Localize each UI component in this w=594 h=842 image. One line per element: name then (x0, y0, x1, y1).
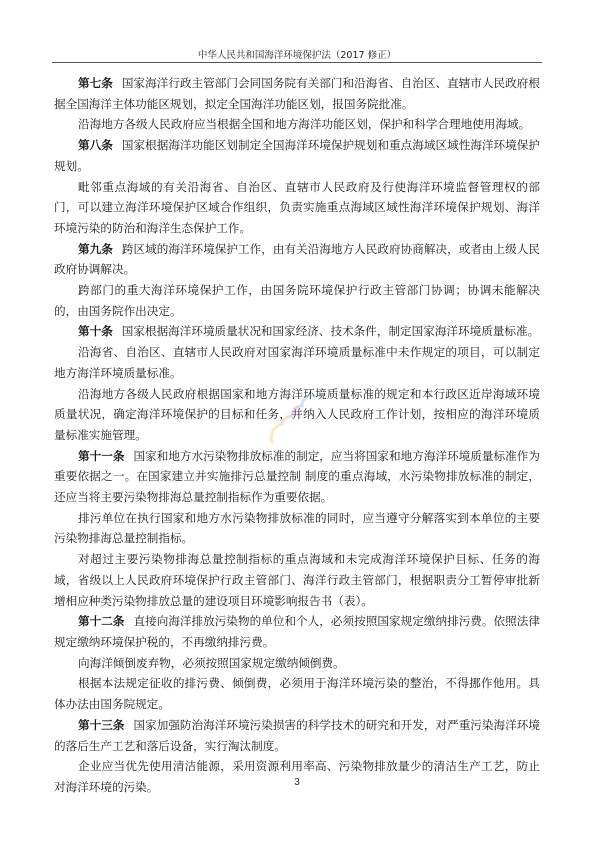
paragraph-text: 国家加强防治海洋环境污染损害的科学技术的研究和开发，对严重污染海洋环境的落后生产… (54, 718, 540, 753)
paragraph-text: 国家根据海洋功能区划制定全国海洋环境保护规划和重点海域区域性海洋环境保护规划。 (54, 138, 540, 173)
paragraph-text: 国家根据海洋环境质量状况和国家经济、技术条件，制定国家海洋环境质量标准。 (122, 324, 539, 338)
header-divider (52, 62, 542, 63)
paragraph: 毗邻重点海域的有关沿海省、自治区、直辖市人民政府及行使海洋环境监督管理权的部门，… (54, 177, 540, 239)
article-number: 第十三条 (78, 718, 124, 732)
paragraph-article-7: 第七条国家海洋行政主管部门会同国务院有关部门和沿海省、自治区、直辖市人民政府根据… (54, 73, 540, 114)
paragraph: 向海洋倾倒废弃物，必须按照国家规定缴纳倾倒费。 (54, 653, 540, 674)
paragraph-text: 根据本法规定征收的排污费、倾倒费，必须用于海洋环境污染的整治，不得挪作他用。具体… (54, 676, 540, 711)
paragraph-article-13: 第十三条国家加强防治海洋环境污染损害的科学技术的研究和开发，对严重污染海洋环境的… (54, 715, 540, 756)
paragraph-text: 沿海省、自治区、直辖市人民政府对国家海洋环境质量标准中未作规定的项目，可以制定地… (54, 345, 540, 380)
article-number: 第八条 (78, 138, 113, 152)
article-number: 第九条 (78, 242, 113, 256)
paragraph-text: 毗邻重点海域的有关沿海省、自治区、直辖市人民政府及行使海洋环境监督管理权的部门，… (54, 180, 540, 235)
paragraph: 排污单位在执行国家和地方水污染物排放标准的同时，应当遵守分解落实到本单位的主要污… (54, 508, 540, 549)
paragraph: 跨部门的重大海洋环境保护工作，由国务院环境保护行政主管部门协调；协调未能解决的，… (54, 280, 540, 321)
paragraph-article-12: 第十二条直接向海洋排放污染物的单位和个人，必须按照国家规定缴纳排污费。依照法律规… (54, 611, 540, 652)
paragraph: 根据本法规定征收的排污费、倾倒费，必须用于海洋环境污染的整治，不得挪作他用。具体… (54, 673, 540, 714)
article-number: 第十二条 (78, 614, 124, 628)
paragraph-text: 对超过主要污染物排海总量控制指标的重点海域和未完成海洋环境保护目标、任务的海域，… (54, 552, 540, 607)
document-page: 中华人民共和国海洋环境保护法（2017 修正） 第七条国家海洋行政主管部门会同国… (0, 0, 594, 842)
running-header: 中华人民共和国海洋环境保护法（2017 修正） (52, 47, 542, 61)
article-number: 第七条 (78, 76, 113, 90)
page-number: 3 (0, 777, 594, 788)
paragraph-text: 跨区域的海洋环境保护工作，由有关沿海地方人民政府协商解决，或者由上级人民政府协调… (54, 242, 540, 277)
paragraph-text: 国家和地方水污染物排放标准的制定，应当将国家和地方海洋环境质量标准作为重要依据之… (54, 449, 540, 504)
paragraph-article-11: 第十一条国家和地方水污染物排放标准的制定，应当将国家和地方海洋环境质量标准作为重… (54, 446, 540, 508)
paragraph: 对超过主要污染物排海总量控制指标的重点海域和未完成海洋环境保护目标、任务的海域，… (54, 549, 540, 611)
paragraph: 沿海地方各级人民政府应当根据全国和地方海洋功能区划，保护和科学合理地使用海域。 (54, 114, 540, 135)
article-number: 第十条 (78, 324, 113, 338)
article-number: 第十一条 (78, 449, 124, 463)
paragraph-text: 国家海洋行政主管部门会同国务院有关部门和沿海省、自治区、直辖市人民政府根据全国海… (54, 76, 540, 111)
paragraph-article-8: 第八条国家根据海洋功能区划制定全国海洋环境保护规划和重点海域区域性海洋环境保护规… (54, 135, 540, 176)
paragraph-text: 排污单位在执行国家和地方水污染物排放标准的同时，应当遵守分解落实到本单位的主要污… (54, 511, 540, 546)
paragraph: 沿海省、自治区、直辖市人民政府对国家海洋环境质量标准中未作规定的项目，可以制定地… (54, 342, 540, 383)
paragraph: 沿海地方各级人民政府根据国家和地方海洋环境质量标准的规定和本行政区近岸海域环境质… (54, 384, 540, 446)
paragraph-article-10: 第十条国家根据海洋环境质量状况和国家经济、技术条件，制定国家海洋环境质量标准。 (54, 321, 540, 342)
paragraph-text: 跨部门的重大海洋环境保护工作，由国务院环境保护行政主管部门协调；协调未能解决的，… (54, 283, 540, 318)
document-body: 第七条国家海洋行政主管部门会同国务院有关部门和沿海省、自治区、直辖市人民政府根据… (54, 73, 540, 798)
paragraph-text: 向海洋倾倒废弃物，必须按照国家规定缴纳倾倒费。 (78, 656, 345, 670)
paragraph-text: 沿海地方各级人民政府应当根据全国和地方海洋功能区划，保护和科学合理地使用海域。 (78, 117, 530, 131)
paragraph-text: 沿海地方各级人民政府根据国家和地方海洋环境质量标准的规定和本行政区近岸海域环境质… (54, 387, 540, 442)
paragraph-text: 直接向海洋排放污染物的单位和个人，必须按照国家规定缴纳排污费。依照法律规定缴纳环… (54, 614, 540, 649)
paragraph-article-9: 第九条跨区域的海洋环境保护工作，由有关沿海地方人民政府协商解决，或者由上级人民政… (54, 239, 540, 280)
